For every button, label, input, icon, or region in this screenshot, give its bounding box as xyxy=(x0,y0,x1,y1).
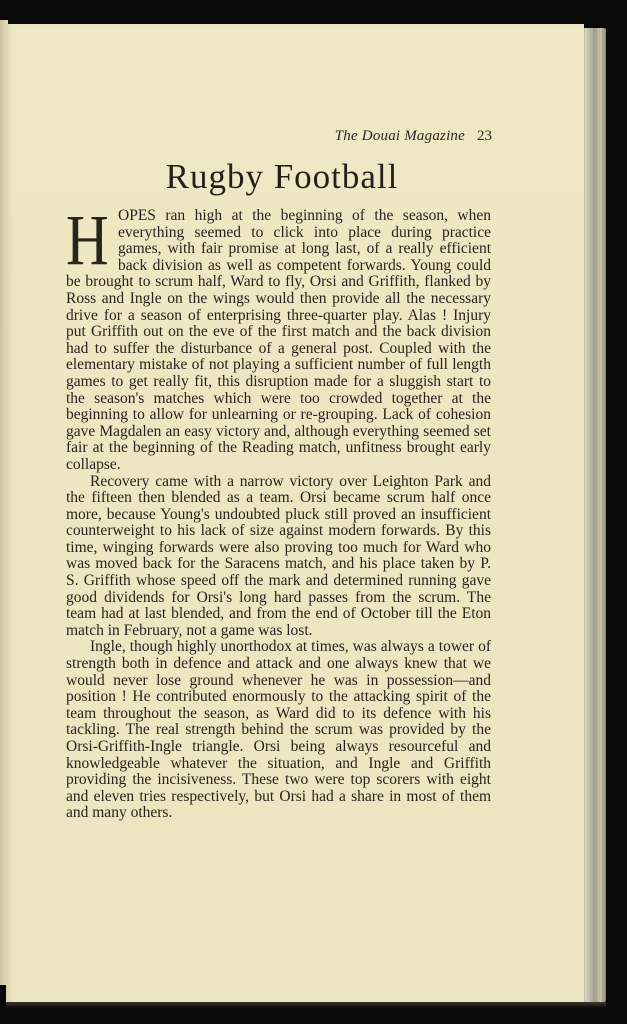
paragraph-1-text: OPES ran high at the beginning of the se… xyxy=(66,207,491,473)
paragraph-2: Recovery came with a narrow victory over… xyxy=(66,474,491,640)
article-title: Rugby Football xyxy=(60,157,504,197)
page-number: 23 xyxy=(477,128,492,144)
drop-cap: H xyxy=(66,211,102,273)
paragraph-3: Ingle, though highly unorthodox at times… xyxy=(66,639,491,822)
page-bottom-shadow xyxy=(6,1002,606,1008)
publication-name: The Douai Magazine xyxy=(335,128,465,144)
paragraph-1: HOPES ran high at the beginning of the s… xyxy=(66,208,491,474)
running-head: The Douai Magazine23 xyxy=(305,128,492,145)
article-body: HOPES ran high at the beginning of the s… xyxy=(66,208,491,822)
